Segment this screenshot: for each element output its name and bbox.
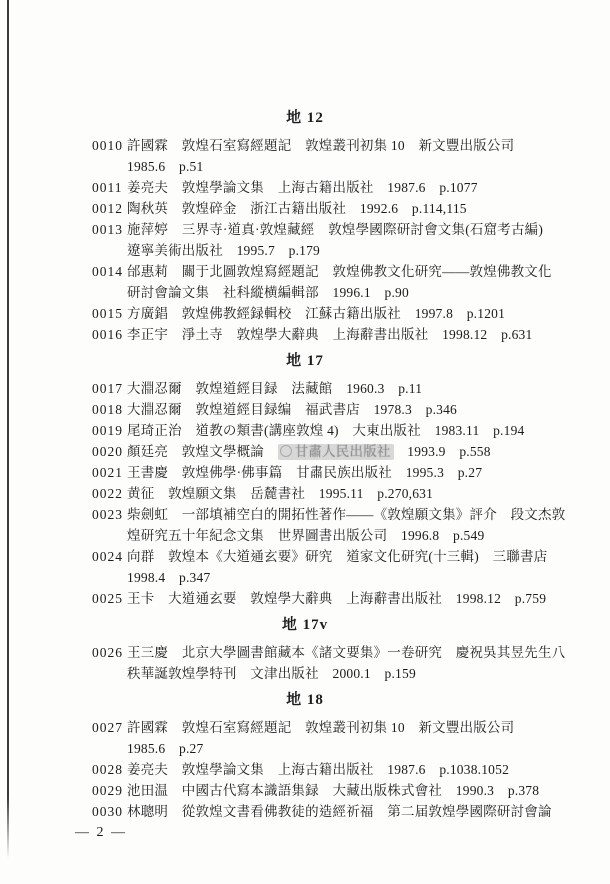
section-heading: 地 12 xyxy=(0,108,610,129)
entry-line: 許國霖 敦煌石室寫經題記 敦煌叢刊初集 10 新文豐出版公司 xyxy=(127,717,610,738)
entry: 0018大淵忍爾 敦煌道經目録编 福武書店 1978.3 p.346 xyxy=(92,399,610,420)
entry: 0020顏廷亮 敦煌文學概論 甘肅人民出版社 1993.9 p.558 xyxy=(92,441,610,462)
section-heading: 地 18 xyxy=(0,690,610,711)
entry-line: 許國霖 敦煌石室寫經題記 敦煌叢刊初集 10 新文豐出版公司 xyxy=(127,135,610,156)
entry-number: 0015 xyxy=(92,303,123,324)
entry-number: 0027 xyxy=(92,717,123,738)
entry-number: 0020 xyxy=(92,441,123,462)
entry-line: 王卡 大道通玄要 敦煌學大辭典 上海辭書出版社 1998.12 p.759 xyxy=(127,588,610,609)
entry-number: 0013 xyxy=(92,219,123,240)
entry: 0011姜亮夫 敦煌學論文集 上海古籍出版社 1987.6 p.1077 xyxy=(92,177,610,198)
entry-line: 王書慶 敦煌佛學·佛事篇 甘肅民族出版社 1995.3 p.27 xyxy=(127,462,610,483)
entry-line: 黄征 敦煌願文集 岳麓書社 1995.11 p.270,631 xyxy=(127,483,610,504)
entry-line: 大淵忍爾 敦煌道經目録编 福武書店 1978.3 p.346 xyxy=(127,399,610,420)
scanned-document-page: { "footer": { "page_number": "— 2 —" }, … xyxy=(0,0,610,884)
entry-number: 0026 xyxy=(92,642,123,663)
entry-line: 陶秋英 敦煌碎金 浙江古籍出版社 1992.6 p.114,115 xyxy=(127,198,610,219)
entry-line: 李正宇 淨土寺 敦煌學大辭典 上海辭書出版社 1998.12 p.631 xyxy=(127,324,610,345)
entry: 0030林聰明 從敦煌文書看佛教徒的造經祈福 第二届敦煌學國際研討會論 xyxy=(92,801,610,822)
entry: 0015方廣錩 敦煌佛教經録輯校 江蘇古籍出版社 1997.8 p.1201 xyxy=(92,303,610,324)
entry-number: 0030 xyxy=(92,801,123,822)
entry-line: 方廣錩 敦煌佛教經録輯校 江蘇古籍出版社 1997.8 p.1201 xyxy=(127,303,610,324)
entry-line: 姜亮夫 敦煌學論文集 上海古籍出版社 1987.6 p.1077 xyxy=(127,177,610,198)
entry: 0019尾琦正治 道教の類書(講座敦煌 4) 大東出版社 1983.11 p.1… xyxy=(92,420,610,441)
entry-number: 0021 xyxy=(92,462,123,483)
entry-line: 研討會論文集 社科縱横編輯部 1996.1 p.90 xyxy=(127,282,610,303)
entry: 0025王卡 大道通玄要 敦煌學大辭典 上海辭書出版社 1998.12 p.75… xyxy=(92,588,610,609)
entry: 0026王三慶 北京大學圖書館藏本《諸文要集》一卷研究 慶祝吳其昱先生八秩華誕敦… xyxy=(92,642,610,684)
entry-line: 池田温 中國古代寫本識語集録 大藏出版株式會社 1990.3 p.378 xyxy=(127,780,610,801)
publisher-watermark-stamp: 甘肅人民出版社 xyxy=(278,444,394,460)
entry-number: 0012 xyxy=(92,198,123,219)
entry-number: 0016 xyxy=(92,324,123,345)
entry-number: 0011 xyxy=(92,177,123,198)
entry: 0017大淵忍爾 敦煌道經目録 法藏館 1960.3 p.11 xyxy=(92,378,610,399)
entry-line: 施萍婷 三界寺·道真·敦煌藏經 敦煌學國際研討會文集(石窟考古編) xyxy=(127,219,610,240)
entry-number: 0029 xyxy=(92,780,123,801)
entry: 0024向群 敦煌本《大道通玄要》研究 道家文化研究(十三輯) 三聯書店1998… xyxy=(92,546,610,588)
entry: 0012陶秋英 敦煌碎金 浙江古籍出版社 1992.6 p.114,115 xyxy=(92,198,610,219)
entry-number: 0014 xyxy=(92,261,123,282)
entry-number: 0025 xyxy=(92,588,123,609)
entry-number: 0017 xyxy=(92,378,123,399)
entry: 0021王書慶 敦煌佛學·佛事篇 甘肅民族出版社 1995.3 p.27 xyxy=(92,462,610,483)
entry-number: 0010 xyxy=(92,135,123,156)
entry-line: 1985.6 p.27 xyxy=(127,738,610,759)
entry: 0023柴劍虹 一部填補空白的開拓性著作——《敦煌願文集》評介 段文杰敦煌研究五… xyxy=(92,504,610,546)
entry: 0027許國霖 敦煌石室寫經題記 敦煌叢刊初集 10 新文豐出版公司1985.6… xyxy=(92,717,610,759)
entry: 0013施萍婷 三界寺·道真·敦煌藏經 敦煌學國際研討會文集(石窟考古編)遼寧美… xyxy=(92,219,610,261)
entry-number: 0019 xyxy=(92,420,123,441)
entry-line: 姜亮夫 敦煌學論文集 上海古籍出版社 1987.6 p.1038.1052 xyxy=(127,759,610,780)
entry-line: 1998.4 p.347 xyxy=(127,567,610,588)
entry-number: 0028 xyxy=(92,759,123,780)
entry: 0022黄征 敦煌願文集 岳麓書社 1995.11 p.270,631 xyxy=(92,483,610,504)
entry-line: 王三慶 北京大學圖書館藏本《諸文要集》一卷研究 慶祝吳其昱先生八 xyxy=(127,642,610,663)
entry-number: 0024 xyxy=(92,546,123,567)
section-heading: 地 17v xyxy=(0,615,610,636)
entry-number: 0018 xyxy=(92,399,123,420)
entry-line: 向群 敦煌本《大道通玄要》研究 道家文化研究(十三輯) 三聯書店 xyxy=(127,546,610,567)
entry-line: 邰惠莉 關于北圖敦煌寫經題記 敦煌佛教文化研究——敦煌佛教文化 xyxy=(127,261,610,282)
entry-line: 煌研究五十年紀念文集 世界圖書出版公司 1996.8 p.549 xyxy=(127,525,610,546)
entry-line: 柴劍虹 一部填補空白的開拓性著作——《敦煌願文集》評介 段文杰敦 xyxy=(127,504,610,525)
entry-number: 0023 xyxy=(92,504,123,525)
section-heading: 地 17 xyxy=(0,351,610,372)
entry: 0028姜亮夫 敦煌學論文集 上海古籍出版社 1987.6 p.1038.105… xyxy=(92,759,610,780)
content: 地 120010許國霖 敦煌石室寫經題記 敦煌叢刊初集 10 新文豐出版公司19… xyxy=(0,0,610,822)
entry: 0010許國霖 敦煌石室寫經題記 敦煌叢刊初集 10 新文豐出版公司1985.6… xyxy=(92,135,610,177)
entry-line: 遼寧美術出版社 1995.7 p.179 xyxy=(127,240,610,261)
entry-number: 0022 xyxy=(92,483,123,504)
entry-line: 大淵忍爾 敦煌道經目録 法藏館 1960.3 p.11 xyxy=(127,378,610,399)
entry-line: 顏廷亮 敦煌文學概論 甘肅人民出版社 1993.9 p.558 xyxy=(127,441,610,462)
page-number-footer: — 2 — xyxy=(75,822,610,843)
entry-line: 1985.6 p.51 xyxy=(127,156,610,177)
entry: 0014邰惠莉 關于北圖敦煌寫經題記 敦煌佛教文化研究——敦煌佛教文化研討會論文… xyxy=(92,261,610,303)
entry-line: 林聰明 從敦煌文書看佛教徒的造經祈福 第二届敦煌學國際研討會論 xyxy=(127,801,610,822)
entry-line: 秩華誕敦煌學特刊 文津出版社 2000.1 p.159 xyxy=(127,663,610,684)
entry: 0029池田温 中國古代寫本識語集録 大藏出版株式會社 1990.3 p.378 xyxy=(92,780,610,801)
scan-edge-line xyxy=(7,0,9,858)
entry-line: 尾琦正治 道教の類書(講座敦煌 4) 大東出版社 1983.11 p.194 xyxy=(127,420,610,441)
entry: 0016李正宇 淨土寺 敦煌學大辭典 上海辭書出版社 1998.12 p.631 xyxy=(92,324,610,345)
